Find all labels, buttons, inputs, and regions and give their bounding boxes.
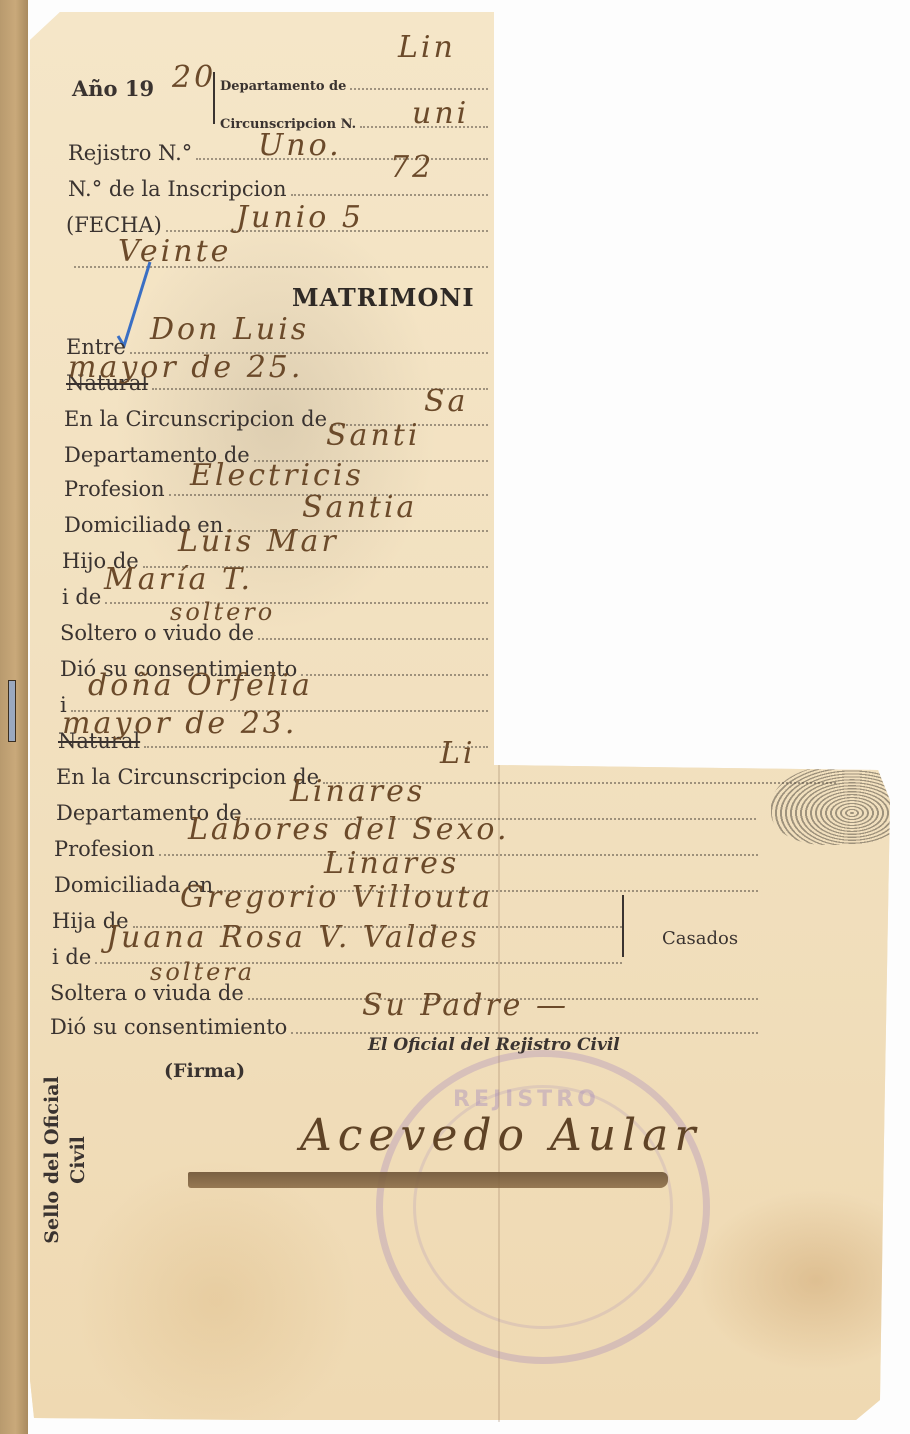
- inscripcion-label: N.° de la Inscripcion: [68, 179, 287, 200]
- fecha-label: (FECHA): [66, 215, 162, 236]
- departamento-row: Departamento de: [220, 66, 488, 94]
- row-value: doña Orfelia: [88, 668, 313, 703]
- row-value: Santia: [302, 490, 417, 525]
- dotted-line: [105, 601, 488, 604]
- document-title: MATRIMONI: [292, 283, 478, 312]
- row-value: María T.: [104, 562, 253, 597]
- binding-slot: [8, 680, 16, 742]
- sello-label: Sello del Oficial Civil: [40, 1060, 91, 1260]
- row-value: mayor de 25.: [68, 350, 303, 385]
- departamento-value: Lin: [398, 30, 456, 65]
- row-value: Linares: [290, 774, 425, 809]
- row-label: Soltero o viudo de: [60, 623, 254, 644]
- dotted-line: [301, 673, 488, 676]
- departamento-label: Departamento de: [220, 79, 346, 94]
- dotted-line: [350, 87, 488, 90]
- oficial-label: El Oficial del Rejistro Civil: [368, 1035, 620, 1055]
- row-label: En la Circunscripcion de: [64, 409, 327, 430]
- row-label: Profesion: [64, 479, 165, 500]
- row-value: Linares: [324, 846, 459, 881]
- rejistro-label: Rejistro N.°: [68, 143, 192, 164]
- dotted-line: [258, 637, 488, 640]
- official-stamp: REJISTRO: [376, 1050, 710, 1364]
- dotted-line: [196, 157, 488, 160]
- year-label: Año 19: [72, 78, 154, 99]
- row-value: Electricis: [190, 458, 364, 493]
- official-signature: Acevedo Aular: [300, 1110, 701, 1161]
- row-label: i de: [52, 947, 91, 968]
- row-value: Gregorio Villouta: [180, 880, 493, 915]
- row-value: Su Padre —: [362, 988, 569, 1023]
- row-label: Soltera o viuda de: [50, 983, 244, 1004]
- dotted-line: [291, 193, 488, 196]
- row-value: Sa: [424, 384, 468, 419]
- signature-underline: [188, 1172, 668, 1188]
- dotted-line: [291, 1031, 758, 1034]
- row-label: i de: [62, 587, 101, 608]
- rejistro-value: Uno.: [258, 128, 342, 163]
- row-value: soltero: [170, 598, 275, 626]
- parents-brace: [622, 895, 624, 957]
- row-value: Santi: [326, 418, 420, 453]
- book-binding: [0, 0, 28, 1434]
- header-brace: [213, 72, 215, 124]
- row-value: Juana Rosa V. Valdes: [106, 920, 480, 955]
- row-value: Don Luis: [150, 312, 309, 347]
- parents-status: Casados: [662, 928, 738, 949]
- row-value: Labores del Sexo.: [188, 812, 509, 847]
- row-label: Profesion: [54, 839, 155, 860]
- stamp-text: REJISTRO: [453, 1087, 600, 1112]
- inscripcion-value: 72: [390, 150, 434, 185]
- year-handwritten: 20: [172, 60, 216, 95]
- fold-crease: [498, 765, 500, 1425]
- row-label: En la Circunscripcion de: [56, 767, 319, 788]
- circunscripcion-value: uni: [412, 96, 469, 131]
- row-value: mayor de 23.: [62, 706, 297, 741]
- fecha-value: Junio 5: [236, 200, 364, 235]
- dotted-line: [144, 745, 488, 748]
- sello-line-2: Civil: [66, 1060, 92, 1260]
- row-value: soltera: [150, 958, 255, 986]
- firma-label: (Firma): [164, 1060, 245, 1082]
- row-value: Li: [440, 736, 476, 771]
- row-value: Luis Mar: [178, 524, 339, 559]
- sello-line-1: Sello del Oficial: [40, 1060, 66, 1260]
- row-label: Dió su consentimiento: [50, 1017, 287, 1038]
